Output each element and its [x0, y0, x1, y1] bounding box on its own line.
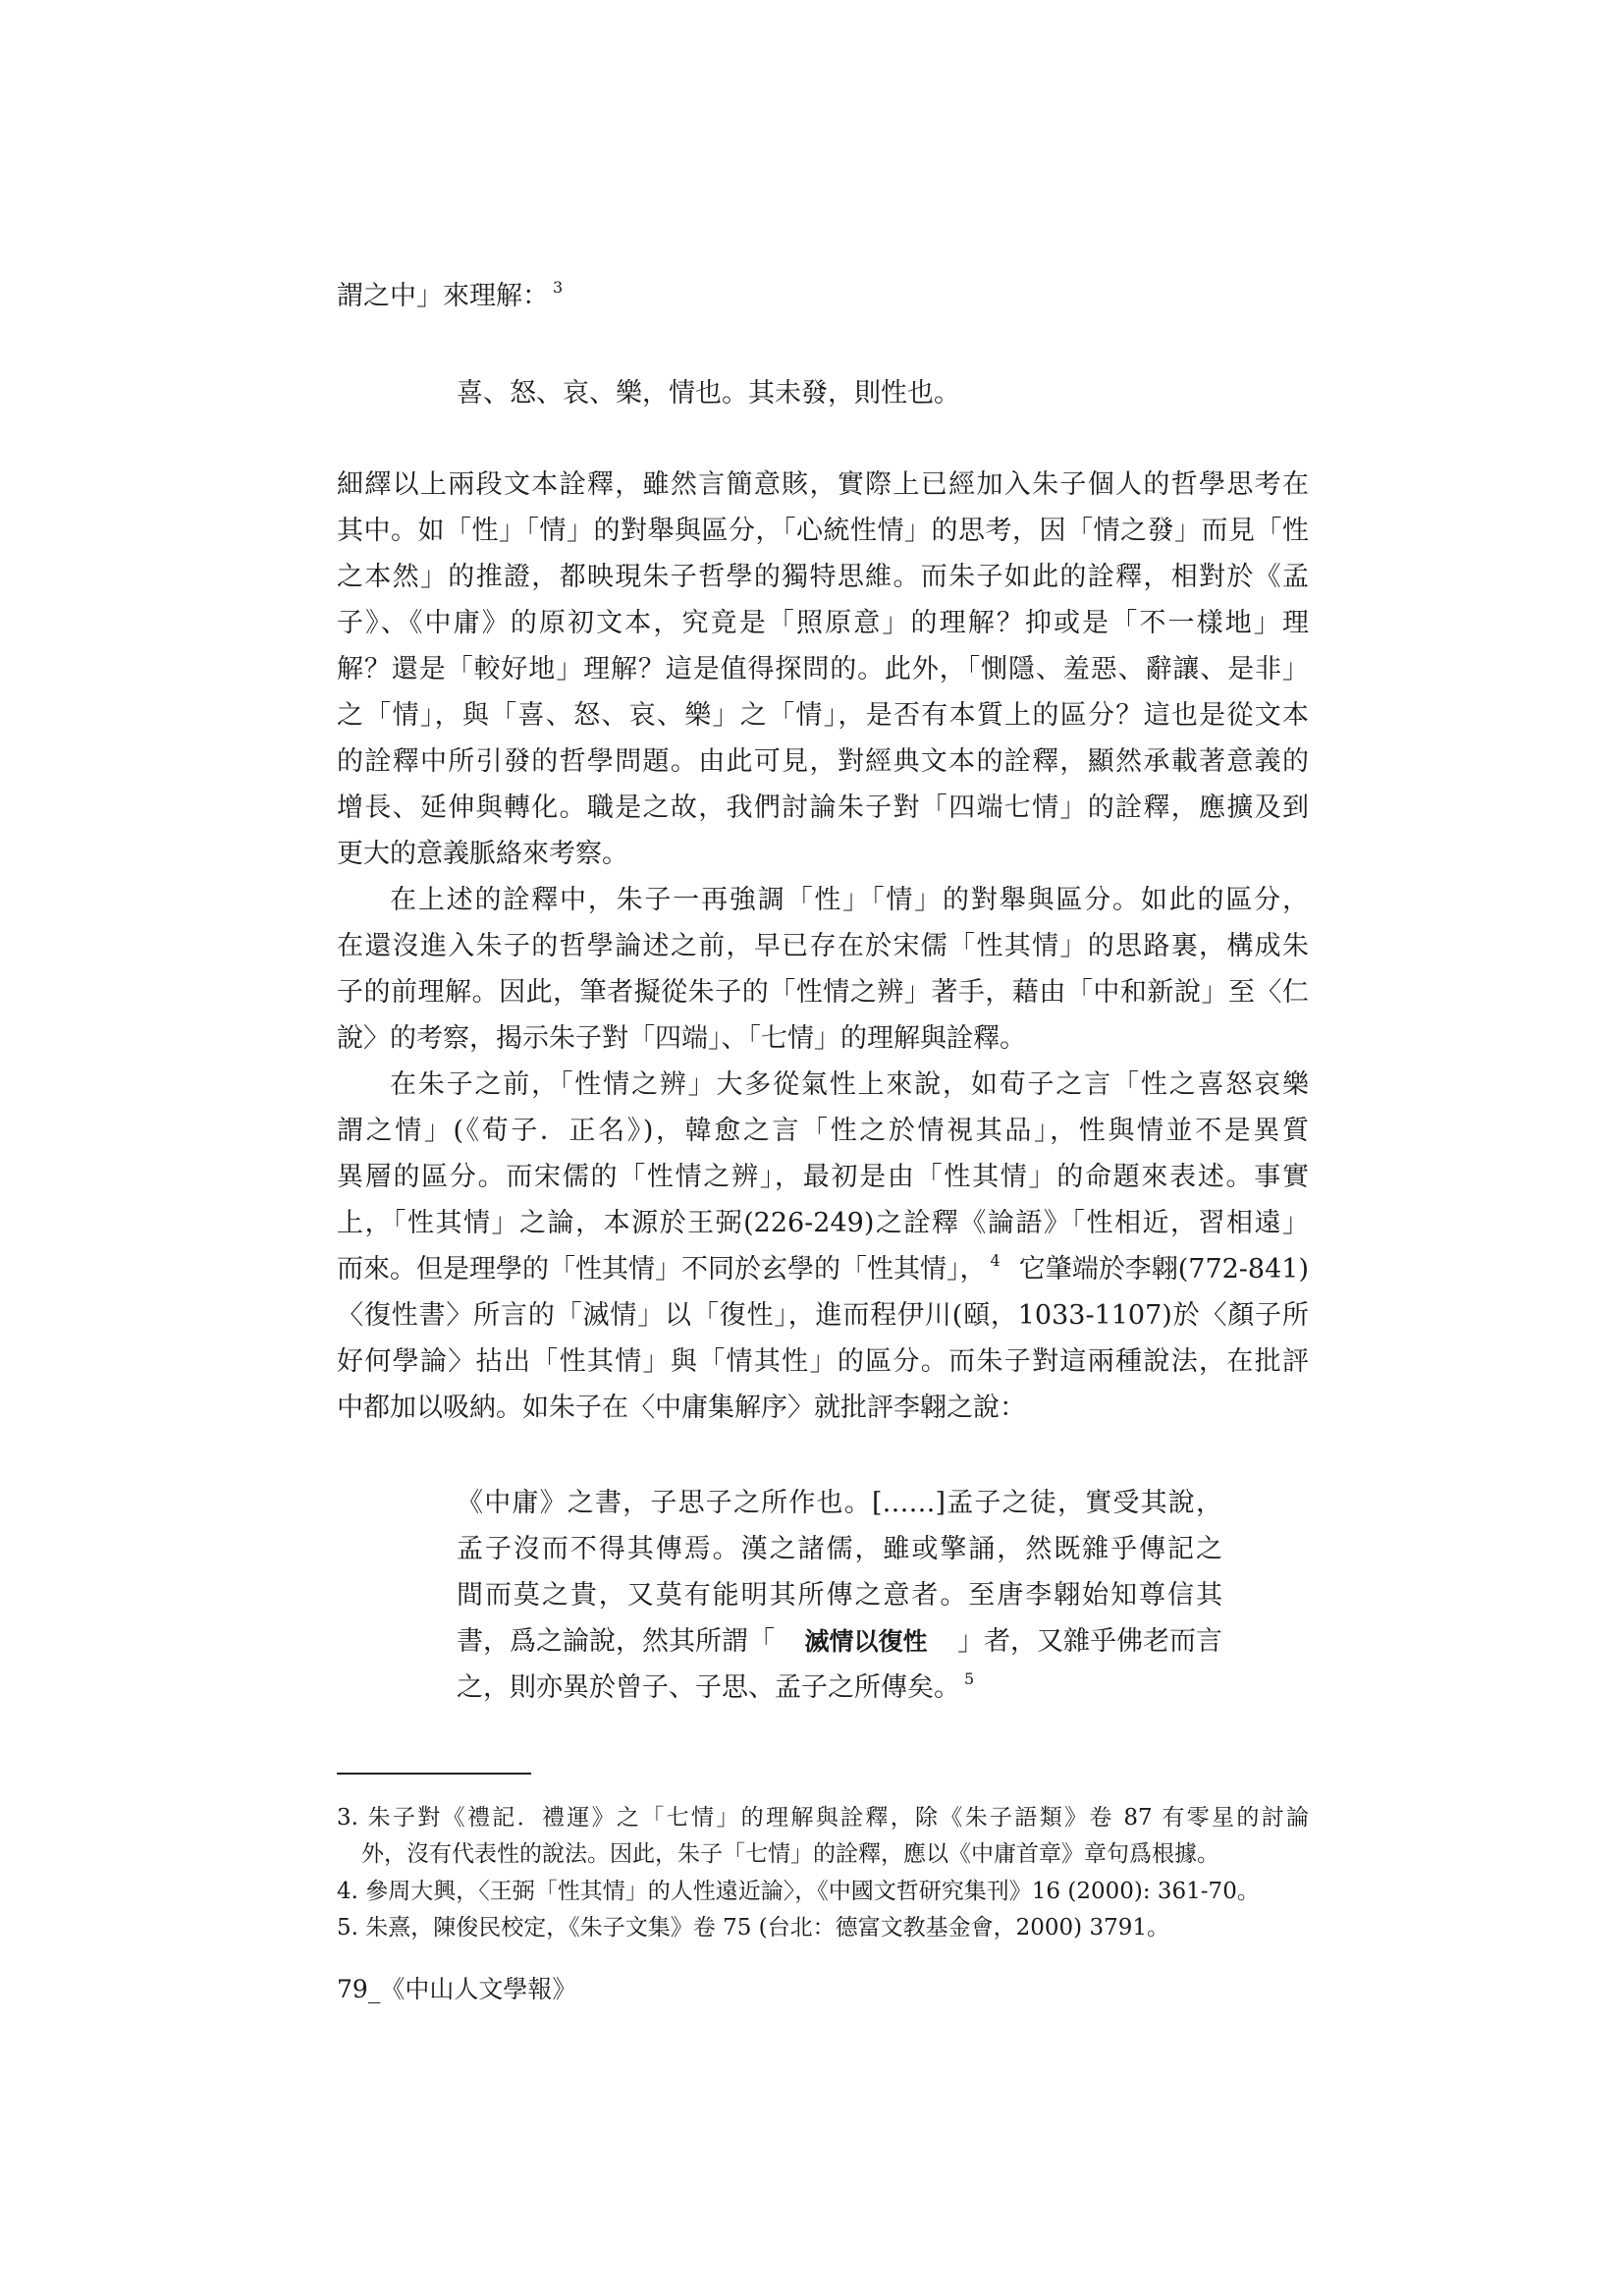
paragraph-line: 上，「性其情」之論，本源於王弼(226-249)之詮釋《論語》「性相近，習相遠」: [337, 1206, 1309, 1241]
footnote-ref-4[interactable]: 4: [991, 1251, 1001, 1270]
page-number: 79: [337, 1975, 368, 2003]
footnote-3: 3. 朱子對《禮記．禮運》之「七情」的理解與詮釋，除《朱子語類》卷 87 有零星…: [337, 1803, 1309, 1832]
paragraph-line: 〈復性書〉所言的「滅情」以「復性」，進而程伊川(頤，1033-1107)於〈顏子…: [337, 1298, 1309, 1334]
footnote-divider: [337, 1773, 531, 1775]
quote-line-emphasis: 書，爲之論說，然其所謂「 滅情以復性 」者，又雜乎佛老而言: [457, 1624, 1222, 1660]
paragraph-line: 增長、延伸與轉化。職是之故，我們討論朱子對「四端七情」的詮釋，應擴及到: [337, 791, 1309, 826]
page-footer: 79_《中山人文學報》: [337, 1975, 576, 2004]
quote-text-before: 書，爲之論說，然其所謂「: [457, 1624, 775, 1660]
footnote-ref-3[interactable]: 3: [553, 278, 563, 297]
paragraph-line: 說〉的考察，揭示朱子對「四端」、「七情」的理解與詮釋。: [337, 1021, 1309, 1057]
paragraph-line: 其中。如「性」「情」的對舉與區分，「心統性情」的思考，因「情之發」而見「性: [337, 514, 1309, 549]
intro-text: 謂之中」來理解：: [337, 281, 549, 311]
paragraph-line: 更大的意義脈絡來考察。: [337, 837, 1309, 872]
intro-line: 謂之中」來理解：3: [337, 279, 563, 314]
paragraph-line: 的詮釋中所引發的哲學問題。由此可見，對經典文本的詮釋，顯然承載著意義的: [337, 744, 1309, 780]
paragraph-line-with-footnote: 而來。但是理學的「性其情」不同於玄學的「性其情」，4 它肇端於李翺(772-84…: [337, 1252, 1309, 1287]
short-quote: 喜、怒、哀、樂，情也。其未發，則性也。: [457, 376, 960, 411]
quote-line: 孟子沒而不得其傳焉。漢之諸儒，雖或擎誦，然既雜乎傳記之: [457, 1532, 1222, 1567]
paragraph-line: 子的前理解。因此，筆者擬從朱子的「性情之辨」著手，藉由「中和新說」至〈仁: [337, 975, 1309, 1011]
footnote-4: 4. 參周大興，〈王弼「性其情」的人性遠近論〉，《中國文哲研究集刊》16 (20…: [337, 1877, 1260, 1906]
line-tail: 它肇端於李翺(772-841): [1019, 1252, 1309, 1287]
quote-line: 之，則亦異於曾子、子思、孟子之所傳矣。5: [457, 1670, 974, 1706]
footnote-text: 朱子對《禮記．禮運》之「七情」的理解與詮釋，除《朱子語類》卷 87 有零星的討論: [368, 1805, 1309, 1831]
paragraph-line: 在還沒進入朱子的哲學論述之前，早已存在於宋儒「性其情」的思路裏，構成朱: [337, 929, 1309, 964]
footnote-text: 朱熹，陳俊民校定，《朱子文集》卷 75 (台北：德富文教基金會，2000) 37…: [365, 1915, 1169, 1941]
paragraph-line: 之本然」的推證，都映現朱子哲學的獨特思維。而朱子如此的詮釋，相對於《孟: [337, 560, 1309, 595]
paragraph-line: 中都加以吸納。如朱子在〈中庸集解序〉就批評李翺之說：: [337, 1391, 1309, 1426]
paragraph-line: 細繹以上兩段文本詮釋，雖然言簡意賅，實際上已經加入朱子個人的哲學思考在: [337, 467, 1309, 503]
journal-name: _《中山人文學報》: [368, 1975, 577, 2003]
quote-emphasis: 滅情以復性: [804, 1624, 927, 1660]
paragraph-line: 好何學論〉拈出「性其情」與「情其性」的區分。而朱子對這兩種說法，在批評: [337, 1344, 1309, 1380]
footnote-3-continued: 外，沒有代表性的說法。因此，朱子「七情」的詮釋，應以《中庸首章》章句爲根據。: [361, 1839, 1219, 1869]
footnote-5: 5. 朱熹，陳俊民校定，《朱子文集》卷 75 (台北：德富文教基金會，2000)…: [337, 1913, 1169, 1942]
paragraph-line: 在朱子之前，「性情之辨」大多從氣性上來說，如荀子之言「性之喜怒哀樂: [337, 1067, 1309, 1103]
footnote-text: 參周大興，〈王弼「性其情」的人性遠近論〉，《中國文哲研究集刊》16 (2000)…: [365, 1879, 1260, 1904]
paragraph-line: 子》、《中庸》的原初文本，究竟是「照原意」的理解？抑或是「不一樣地」理: [337, 606, 1309, 641]
quote-text-after: 」者，又雜乎佛老而言: [957, 1624, 1222, 1660]
paragraph-line: 解？還是「較好地」理解？這是值得探問的。此外，「惻隱、羞惡、辭讓、是非」: [337, 652, 1309, 687]
paragraph-line: 謂之情」(《荀子．正名》)，韓愈之言「性之於情視其品」，性與情並不是異質: [337, 1114, 1309, 1149]
footnote-number: 3.: [337, 1805, 358, 1831]
line-text: 而來。但是理學的「性其情」不同於玄學的「性其情」，: [337, 1254, 987, 1285]
footnote-number: 4.: [337, 1879, 358, 1904]
paragraph-line: 在上述的詮釋中，朱子一再強調「性」「情」的對舉與區分。如此的區分，: [337, 883, 1309, 918]
paragraph-line: 異層的區分。而宋儒的「性情之辨」，最初是由「性其情」的命題來表述。事實: [337, 1160, 1309, 1195]
paragraph-line: 之「情」，與「喜、怒、哀、樂」之「情」，是否有本質上的區分？這也是從文本: [337, 698, 1309, 734]
footnote-number: 5.: [337, 1915, 358, 1941]
quote-last-text: 之，則亦異於曾子、子思、孟子之所傳矣。: [457, 1672, 960, 1703]
document-page: 謂之中」來理解：3 喜、怒、哀、樂，情也。其未發，則性也。 細繹以上兩段文本詮釋…: [0, 0, 1623, 2296]
footnote-ref-5[interactable]: 5: [964, 1669, 974, 1688]
quote-line: 間而莫之貴，又莫有能明其所傳之意者。至唐李翺始知尊信其: [457, 1578, 1222, 1613]
quote-line: 《中庸》之書，子思子之所作也。[……]孟子之徒，實受其說，: [457, 1486, 1222, 1521]
